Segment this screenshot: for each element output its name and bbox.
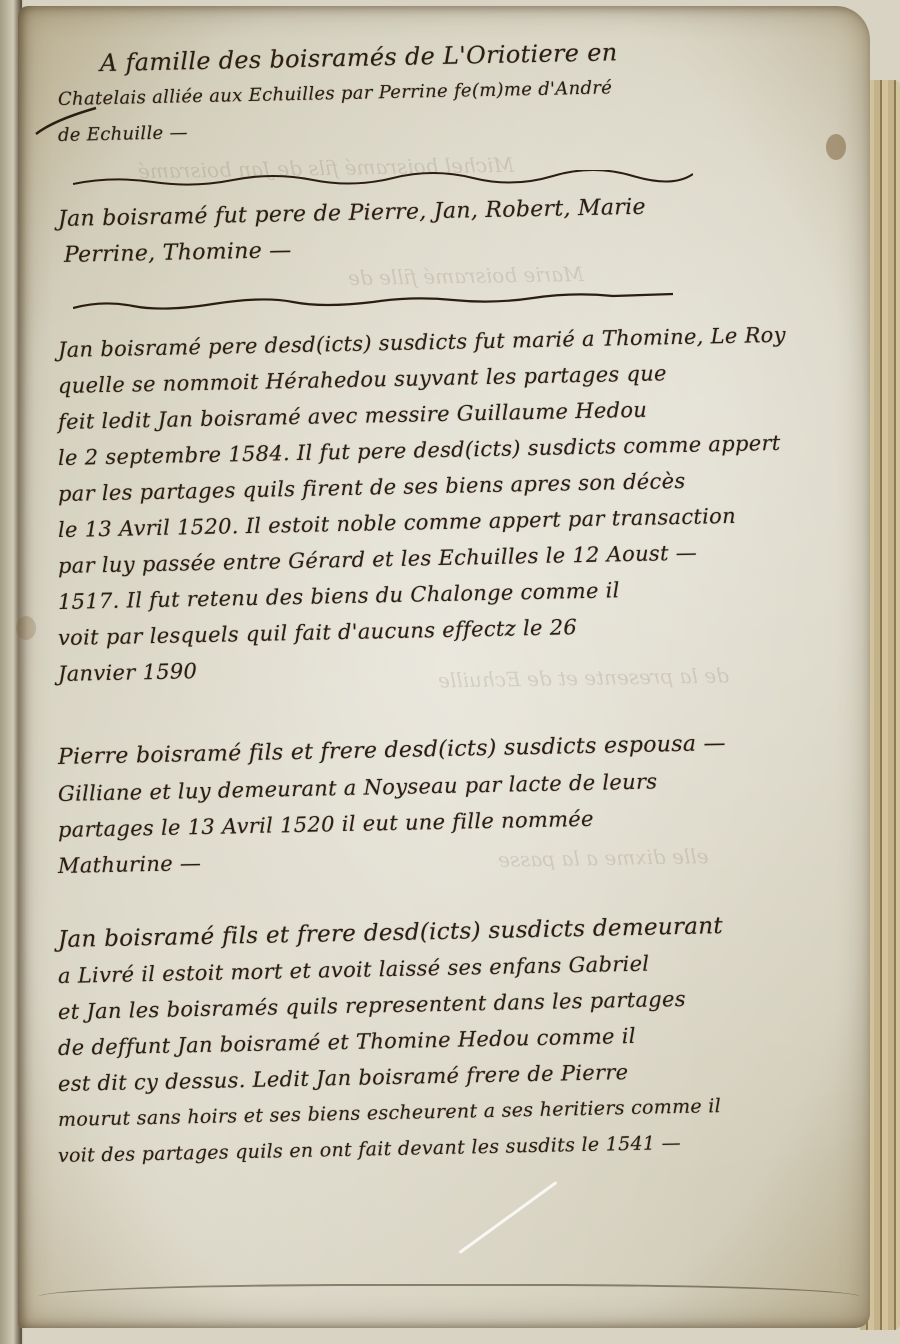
divider-flourish	[73, 292, 693, 312]
paragraph-2: Jan boisramé pere desd(icts) susdicts fu…	[58, 332, 778, 692]
manuscript-scene: Michel boisramé fils de Jan boisramé Mar…	[0, 0, 900, 1344]
paragraph-1: Jan boisramé fut pere de Pierre, Jan, Ro…	[58, 202, 778, 274]
divider-flourish	[73, 170, 693, 190]
paper-damage	[826, 134, 846, 160]
wavy-line-icon	[73, 292, 693, 312]
manuscript-page: Michel boisramé fils de Jan boisramé Mar…	[18, 6, 870, 1328]
paragraph-4: Jan boisramé fils et frere desd(icts) su…	[58, 922, 778, 1174]
ink-stain	[16, 616, 36, 640]
paper-crease	[459, 1181, 558, 1254]
document-heading: A famille des boisramés de L'Oriotiere e…	[58, 46, 778, 154]
wavy-line-icon	[73, 170, 693, 190]
paragraph-3: Pierre boisramé fils et frere desd(icts)…	[58, 740, 778, 884]
